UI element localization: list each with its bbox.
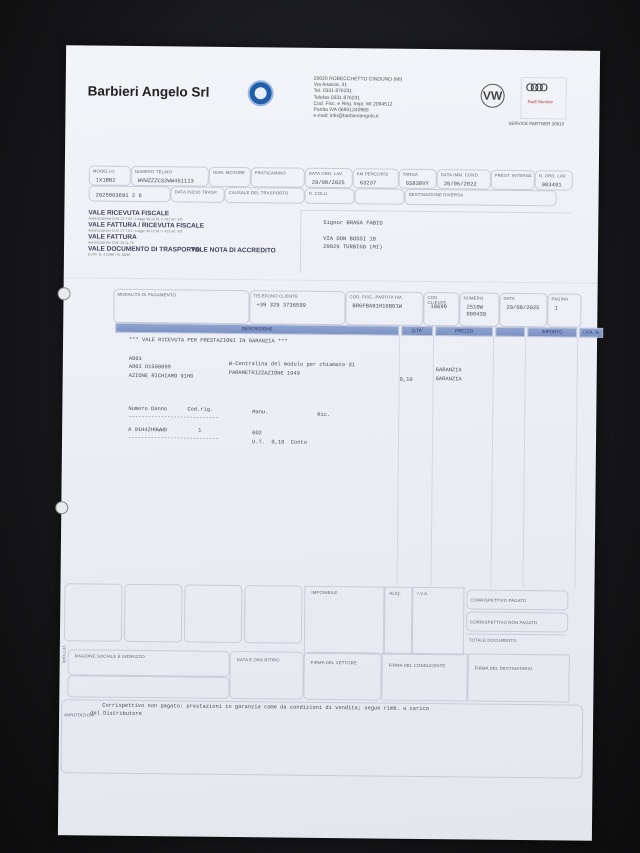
damage-header-numero: Numero Danno [128, 406, 167, 413]
col-header-importo: IMPORTO [527, 327, 577, 338]
field-label: N. ord. lav. [539, 173, 567, 178]
recipient-name: Signor BRAGA FABIO [323, 219, 382, 227]
non-pagato-label: CORRISPETTIVO NON PAGATO [470, 619, 537, 625]
totals-box [64, 583, 123, 642]
field-label: Data ord. lav. [309, 171, 343, 176]
field-box: Telefono cliente+39 329 3736599 [249, 290, 345, 325]
field-value: 29/08/2025 [312, 179, 345, 186]
damage-numero: A 91H42H9WWD [128, 427, 167, 434]
field-box: Numero2510W 000439 [459, 292, 499, 326]
damage-separator: ---------------------------- [128, 414, 219, 422]
body-line-desc: W-Centralina del modulo per chiamate di [229, 361, 355, 369]
payment-row: Modalità di pagamentoTelefono cliente+39… [66, 45, 600, 51]
body-line-desc: PARAMETRIZZAZIONE 1949 [229, 370, 300, 378]
field-label: Numero telaio [135, 169, 172, 174]
field-label: Cod. fisc.-partita IVA [350, 294, 403, 300]
field-value: 63237 [360, 179, 377, 186]
company-name: Barbieri Angelo Srl [88, 83, 210, 99]
annotations-box: Corrispettivo non pagato: prestazioni in… [61, 699, 584, 778]
non-pagato-box: CORRISPETTIVO NON PAGATO [466, 611, 568, 632]
field-value: 1X1BB2 [96, 177, 116, 184]
field-box: Cod. fisc.-partita IVABRGFBA81H16B01W [345, 291, 423, 326]
field-label: Modello [93, 169, 115, 174]
data-ritiro-label: DATA E ORA RITIRO [237, 657, 280, 662]
iva-label: I.V.A. [417, 591, 428, 596]
ragione-box: RAGIONE SOCIALE E INDIRIZZO [68, 649, 230, 677]
field-box: Data inizio trasp. [171, 186, 225, 203]
field-box: Pagina1 [547, 293, 581, 327]
vw-logo-icon: VW [481, 84, 505, 108]
damage-extra: U.T. 0,10 Conto [252, 439, 307, 447]
punch-hole [57, 287, 70, 300]
firma-conducente-box: FIRMA DEL CONDUCENTE [381, 653, 467, 702]
certification-seal-icon [248, 80, 274, 106]
doc-type-fattura-ricevuta: VALE FATTURA / RICEVUTA FISCALEAutorizza… [88, 221, 300, 234]
pagato-label: CORRISPETTIVO PAGATO [470, 597, 526, 603]
address-line: e-mail: info@barbieriangelo.it [313, 113, 402, 120]
damage-codrig: 1 [198, 428, 201, 435]
field-box: Praticamino [251, 167, 305, 188]
column-divider [574, 338, 578, 588]
field-label: Data imm. cond. [441, 172, 480, 177]
ragione-label: RAGIONE SOCIALE E INDIRIZZO [75, 653, 145, 659]
vehicle-fields: Modello1X1BB2Numero telaioWVWZZZCS2WW451… [66, 45, 600, 51]
field-value: GS838VY [406, 180, 429, 187]
field-label: Numero [464, 295, 484, 300]
field-value: 2510W 000439 [466, 303, 498, 317]
totals-box [244, 585, 303, 644]
field-box: 2025003691 2 6 [89, 185, 171, 202]
totals-box [124, 584, 183, 643]
aliq-box: ALIQ. [384, 587, 413, 655]
field-box: Data ord. lav.29/08/2025 [305, 168, 353, 189]
body-line-code: A00I D1500099 [129, 364, 171, 371]
doc-type-ricevuta: VALE RICEVUTA FISCALEAutorizzazione D.M.… [88, 209, 300, 222]
column-divider [491, 337, 495, 587]
field-label: Praticamino [255, 170, 286, 175]
totale-box: TOTALE DOCUMENTO [466, 633, 566, 653]
body-line-price: GARANZIA [436, 376, 462, 383]
pagato-box: CORRISPETTIVO PAGATO [466, 589, 568, 610]
transport-fields: 2025003691 2 6Data inizio trasp.Causale … [66, 45, 600, 51]
recipient-city: 20029 TURBIGO (MI) [323, 243, 382, 251]
field-value: BRGFBA81H16B01W [352, 302, 402, 310]
field-box: Modalità di pagamento [113, 289, 249, 324]
imponibile-box: IMPONIBILE [304, 586, 385, 655]
doc-type-nota-accredito: VALE NOTA DI ACCREDITO [191, 247, 276, 255]
punch-hole [55, 501, 68, 514]
field-box: TargaGS838VY [399, 169, 437, 189]
firma-destinatario-box: FIRMA DEL DESTINATARIO [467, 653, 569, 702]
col-header-qta: Q.TA' [401, 326, 433, 336]
field-box: Numero telaioWVWZZZCS2WW451113 [131, 166, 209, 187]
field-box: Cod. cliente10699 [423, 292, 459, 326]
field-value: 1 [554, 304, 557, 311]
body-line-code: AZIONE RICHIAMO 91HG [129, 373, 194, 381]
field-box: Causale del trasporto [225, 187, 305, 204]
body-line-qty: 0,10 [400, 377, 413, 384]
column-divider [431, 336, 435, 586]
damage-manu: 002 [252, 430, 262, 437]
firma-conducente-label: FIRMA DEL CONDUCENTE [389, 663, 446, 669]
field-label: Telefono cliente [254, 293, 299, 298]
body-line-price: GARANZIA [436, 367, 462, 374]
body-line-header: *** VALE RICEVUTA PER PRESTAZIONI IN GAR… [129, 337, 288, 346]
firma-vettore-label: FIRMA DEL VETTORE [311, 660, 357, 665]
audi-logo: OOOO Audi Service [520, 77, 566, 119]
paper-fold [64, 277, 598, 284]
doc-type-fattura: VALE FATTURAAutorizzazione D.M. 29.11.78 [88, 233, 300, 246]
company-address: 20020 ROBECCHETTO CINDUNO (MI) Via Anass… [313, 76, 402, 120]
column-divider [397, 336, 401, 586]
recipient-box: Signor BRAGA FABIO VIA DON BOSSI 10 2002… [300, 210, 572, 276]
field-box: Num. motore [209, 167, 251, 187]
field-value: 20/05/2022 [444, 180, 477, 187]
column-divider [523, 337, 527, 587]
ragione-box-2 [67, 675, 229, 699]
field-label: Km percorsi [357, 171, 389, 176]
field-box: Data29/08/2025 [499, 293, 547, 328]
field-label: Modalità di pagamento [118, 292, 177, 298]
col-header-descrizione: DESCRIZIONE [115, 323, 399, 336]
field-label: Prest. interna [495, 173, 532, 178]
totals-box [184, 584, 243, 643]
audi-service-label: Audi Service [528, 99, 553, 104]
field-value: 10699 [430, 303, 447, 310]
field-box: N. colli [305, 188, 355, 205]
field-value: 29/08/2025 [506, 304, 539, 311]
iva-box: I.V.A. [412, 587, 465, 656]
aliq-label: ALIQ. [389, 591, 401, 596]
field-value: 003491 [542, 181, 562, 188]
damage-header-ric: Ric. [317, 412, 330, 419]
field-label: Data inizio trasp. [175, 189, 218, 194]
field-box: Data imm. cond.20/05/2022 [437, 169, 491, 190]
field-label: Num. motore [213, 170, 245, 175]
recipient-street: VIA DON BOSSI 10 [323, 235, 376, 243]
field-label: Causale del trasporto [229, 190, 289, 196]
field-box: N. ord. lav.003491 [535, 170, 573, 190]
firma-destinatario-label: FIRMA DEL DESTINATARIO [475, 666, 533, 672]
col-header-prezzo: PREZZO [435, 326, 493, 337]
field-label: Destinazione diversa [409, 192, 464, 198]
data-ritiro-box: DATA E ORA RITIRO [229, 651, 303, 700]
firma-vettore-box: FIRMA DEL VETTORE [303, 652, 381, 701]
damage-header-manu: Manu. [252, 409, 268, 416]
field-value: WVWZZZCS2WW451113 [138, 177, 194, 185]
col-header-iva: I.V.A. % [579, 328, 603, 338]
document-types: VALE RICEVUTA FISCALEAutorizzazione D.M.… [88, 209, 300, 258]
field-box: Prest. interna [491, 170, 535, 190]
field-value: 2025003691 2 6 [96, 192, 142, 199]
body-line-code: A001 [129, 356, 142, 363]
damage-header-codrig: Cod.rig. [187, 407, 213, 414]
field-label: Targa [403, 172, 418, 177]
field-box: Modello1X1BB2 [89, 165, 131, 185]
audi-rings-icon: OOOO [526, 82, 544, 94]
damage-separator: ---------------------------- [128, 435, 219, 443]
field-box: Destinazione diversa [404, 189, 556, 207]
field-box: Km percorsi63237 [353, 168, 399, 188]
vettore-side-label: VETTORE [60, 645, 66, 663]
field-label: Data [503, 296, 514, 301]
annotation-text-2: del Distributore [90, 711, 142, 719]
field-label: Pagina [551, 296, 568, 301]
invoice-document: Barbieri Angelo Srl 20020 ROBECCHETTO CI… [58, 45, 600, 841]
totale-label: TOTALE DOCUMENTO [469, 637, 517, 642]
imponibile-label: IMPONIBILE [311, 590, 337, 595]
service-partner: SERVICE PARTNER 30610 [508, 121, 564, 127]
field-label: N. colli [309, 191, 328, 196]
col-header-blank [495, 327, 525, 337]
annotation-text: Corrispettivo non pagato: prestazioni in… [102, 703, 429, 713]
field-value: +39 329 3736599 [256, 301, 306, 309]
field-box [355, 188, 405, 205]
